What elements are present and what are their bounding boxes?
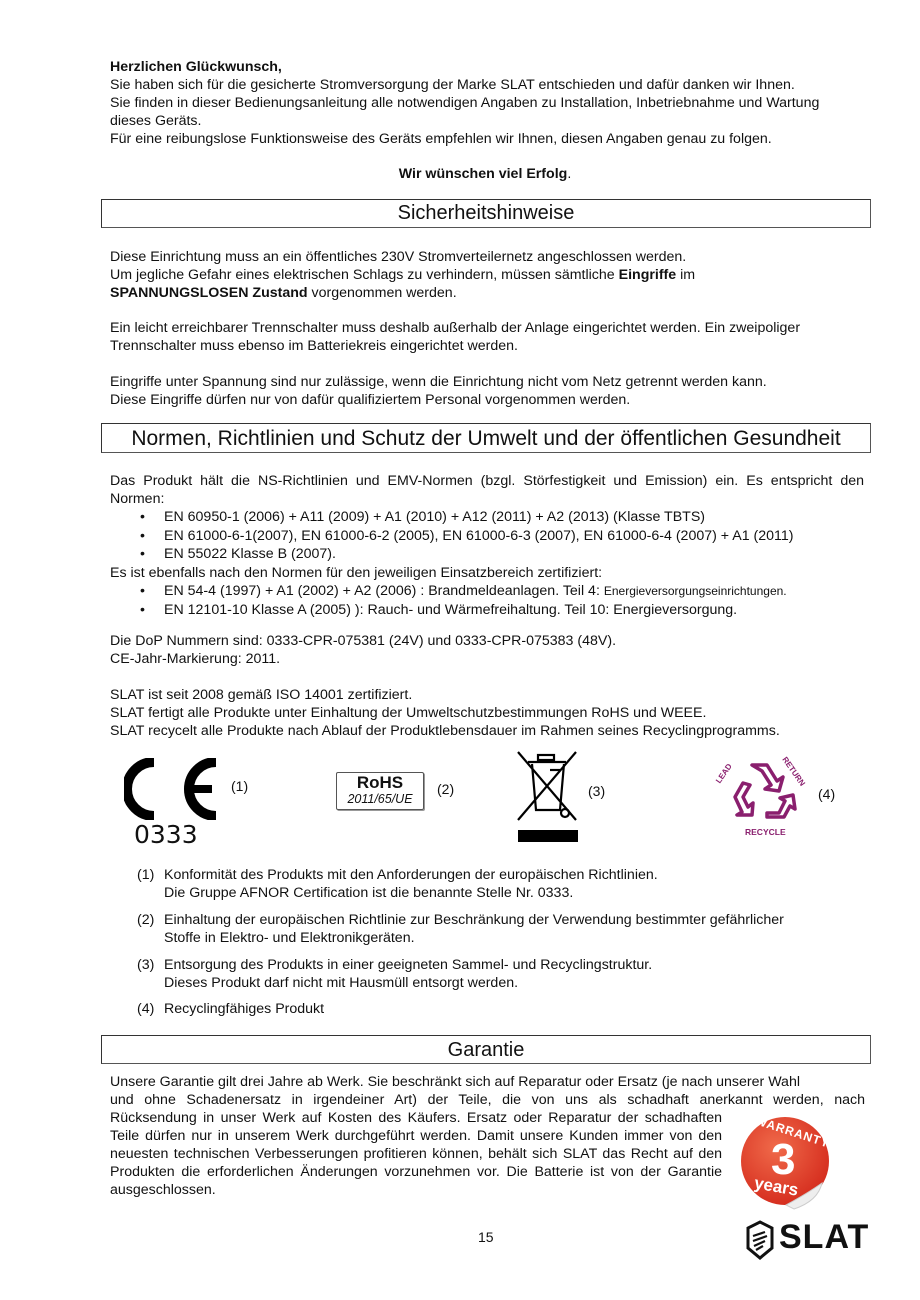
list-item-small-text: Energieversorgungseinrichtungen. — [604, 584, 787, 598]
recycle-logo: LEAD RETURN RECYCLE — [715, 755, 810, 840]
slat-shield-icon — [745, 1220, 775, 1260]
norms-also: Es ist ebenfalls nach den Normen für den… — [110, 564, 870, 582]
note-text: Einhaltung der europäischen Richtlinie z… — [137, 911, 877, 929]
note-4: (4)Recyclingfähiges Produkt — [137, 1000, 877, 1018]
list-item: •EN 55022 Klasse B (2007). — [110, 545, 870, 564]
note-3: (3)Entsorgung des Produkts in einer geei… — [137, 956, 877, 992]
list-item-text: EN 61000-6-1(2007), EN 61000-6-2 (2005),… — [164, 528, 794, 544]
list-item-text: EN 60950-1 (2006) + A11 (2009) + A1 (201… — [164, 509, 705, 525]
safety-p1-line3: SPANNUNGSLOSEN Zustand vorgenommen werde… — [110, 284, 870, 302]
rohs-logo: RoHS 2011/65/UE — [336, 772, 424, 810]
text: vorgenommen werden. — [308, 285, 457, 301]
list-item-text: EN 55022 Klasse B (2007). — [164, 546, 336, 562]
dop-numbers: Die DoP Nummern sind: 0333-CPR-075381 (2… — [110, 632, 870, 650]
ce-mark-icon — [124, 758, 224, 820]
safety-p2: Ein leicht erreichbarer Trennschalter mu… — [110, 319, 872, 355]
wish-line: Wir wünschen viel Erfolg. — [100, 165, 870, 183]
rohs-weee: SLAT fertigt alle Produkte unter Einhalt… — [110, 704, 870, 722]
intro-line-1: Sie haben sich für die gesicherte Stromv… — [110, 76, 870, 94]
slat-logo: SLAT — [745, 1218, 885, 1263]
list-item: •EN 12101-10 Klasse A (2005) ): Rauch- u… — [110, 601, 870, 620]
note-text: Recyclingfähiges Produkt — [137, 1000, 877, 1018]
ce-year: CE-Jahr-Markierung: 2011. — [110, 650, 870, 668]
bold-text: Eingriffe — [619, 267, 677, 283]
list-item: •EN 54-4 (1997) + A1 (2002) + A2 (2006) … — [110, 582, 870, 601]
safety-p1-line1: Diese Einrichtung muss an ein öffentlich… — [110, 248, 870, 266]
section-title-warranty: Garantie — [101, 1035, 871, 1064]
warranty-line-1: Unsere Garantie gilt drei Jahre ab Werk.… — [110, 1073, 870, 1091]
iso-cert: SLAT ist seit 2008 gemäß ISO 14001 zerti… — [110, 686, 870, 704]
warranty-rest: Rücksendung in unser Werk auf Kosten des… — [110, 1109, 722, 1199]
ce-number: 0333 — [134, 820, 198, 849]
recycling-program: SLAT recycelt alle Produkte nach Ablauf … — [110, 722, 870, 740]
safety-p3-line1: Eingriffe unter Spannung sind nur zuläss… — [110, 373, 870, 391]
page-number: 15 — [478, 1229, 494, 1245]
list-item-text: EN 54-4 (1997) + A1 (2002) + A2 (2006) :… — [164, 583, 604, 599]
note-text: Die Gruppe AFNOR Certification ist die b… — [137, 884, 877, 902]
safety-p1-line2: Um jegliche Gefahr eines elektrischen Sc… — [110, 266, 870, 284]
list-item: •EN 61000-6-1(2007), EN 61000-6-2 (2005)… — [110, 527, 870, 546]
wish-bold: Wir wünschen viel Erfolg — [399, 166, 568, 182]
note-number: (3) — [137, 956, 154, 974]
warranty-line-2: und ohne Schadenersatz in irgendeiner Ar… — [110, 1091, 865, 1109]
bold-text: SPANNUNGSLOSEN Zustand — [110, 285, 308, 301]
norms-intro: Das Produkt hält die NS-Richtlinien und … — [110, 472, 864, 508]
section-title-safety: Sicherheitshinweise — [101, 199, 871, 228]
recycle-ref: (4) — [818, 786, 835, 802]
note-number: (1) — [137, 866, 154, 884]
warranty-badge: WARRANTY 3 years — [738, 1115, 834, 1211]
note-1: (1)Konformität des Produkts mit den Anfo… — [137, 866, 877, 902]
safety-p3-line2: Diese Eingriffe dürfen nur von dafür qua… — [110, 391, 870, 409]
weee-ref: (3) — [588, 783, 605, 799]
norms-list-1: •EN 60950-1 (2006) + A11 (2009) + A1 (20… — [110, 508, 870, 564]
crossed-bin-icon — [514, 750, 584, 845]
wish-end: . — [567, 166, 571, 182]
note-number: (4) — [137, 1000, 154, 1018]
ce-mark-logo: 0333 — [124, 758, 224, 853]
slat-brand: SLAT — [779, 1218, 869, 1257]
weee-logo — [514, 750, 584, 845]
note-number: (2) — [137, 911, 154, 929]
note-text: Entsorgung des Produkts in einer geeigne… — [137, 956, 877, 974]
note-text: Stoffe in Elektro- und Elektronikgeräten… — [137, 929, 877, 947]
intro-line-2: Sie finden in dieser Bedienungsanleitung… — [110, 94, 850, 130]
note-2: (2)Einhaltung der europäischen Richtlini… — [137, 911, 877, 947]
text: Um jegliche Gefahr eines elektrischen Sc… — [110, 267, 619, 283]
text: im — [676, 267, 695, 283]
list-item-text: EN 12101-10 Klasse A (2005) ): Rauch- un… — [164, 602, 737, 618]
list-item: •EN 60950-1 (2006) + A11 (2009) + A1 (20… — [110, 508, 870, 527]
note-text: Konformität des Produkts mit den Anforde… — [137, 866, 877, 884]
rohs-ref: (2) — [437, 781, 454, 797]
section-title-norms: Normen, Richtlinien und Schutz der Umwel… — [101, 423, 871, 453]
note-text: Dieses Produkt darf nicht mit Hausmüll e… — [137, 974, 877, 992]
intro-line-3: Für eine reibungslose Funktionsweise des… — [110, 130, 870, 148]
rohs-title: RoHS — [337, 774, 423, 792]
recycle-recycle: RECYCLE — [745, 827, 786, 837]
greeting: Herzlichen Glückwunsch, — [110, 58, 870, 76]
ce-ref: (1) — [231, 778, 248, 794]
rohs-sub: 2011/65/UE — [337, 792, 423, 806]
norms-list-2: •EN 54-4 (1997) + A1 (2002) + A2 (2006) … — [110, 582, 870, 619]
